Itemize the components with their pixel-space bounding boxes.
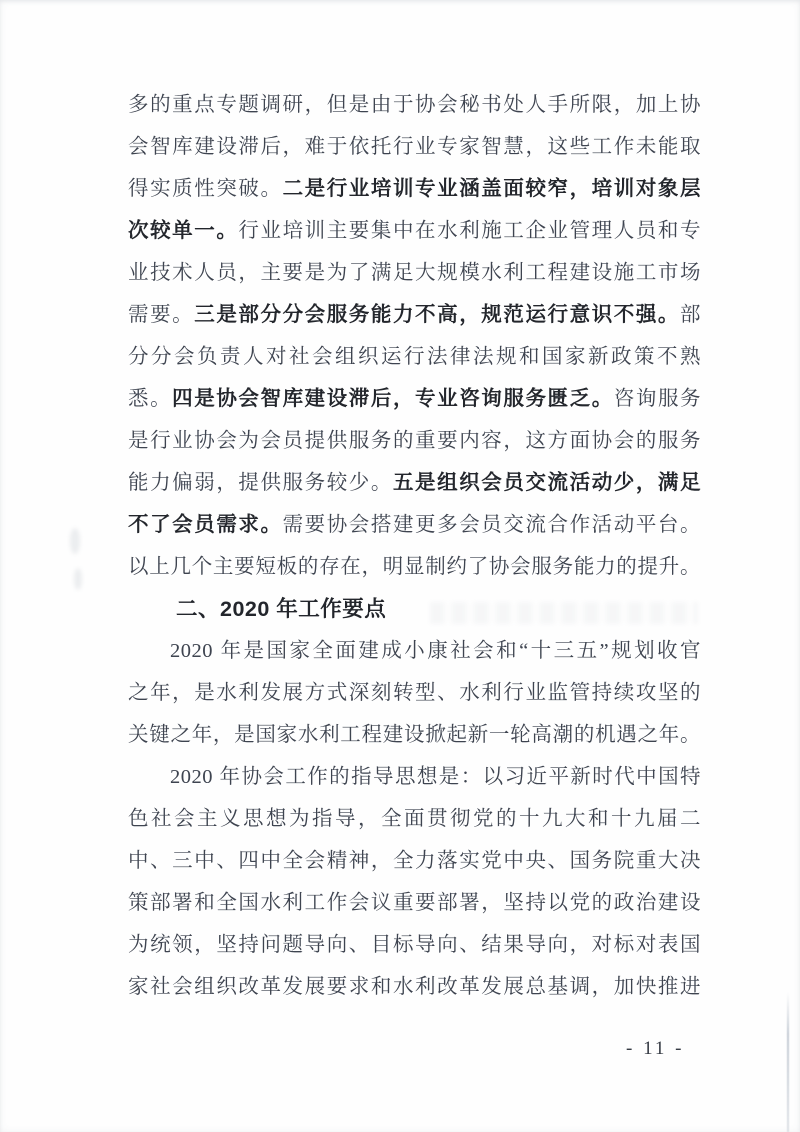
body-text: 2020 年是国家全面建成小康社会和“十三五”规划收官: [170, 640, 701, 662]
body-text: 色社会主义思想为指导，全面贯彻党的十九大和十九届二: [128, 808, 701, 830]
section-heading: 二、2020 年工作要点: [128, 588, 701, 630]
body-text: 之年，是水利发展方式深刻转型、水利行业监管持续攻坚的: [128, 682, 701, 704]
emphasis-text: 四是协会智库建设滞后，专业咨询服务匮乏。: [172, 387, 614, 410]
emphasis-text: 三是部分分会服务能力不高，规范运行意识不强。: [194, 303, 680, 326]
text-line: 能力偏弱，提供服务较少。五是组织会员交流活动少，满足: [128, 462, 701, 504]
emphasis-text: 五是组织会员交流活动少，满足: [393, 471, 701, 494]
text-line: 多的重点专题调研，但是由于协会秘书处人手所限，加上协: [128, 84, 701, 126]
text-line: 业技术人员，主要是为了满足大规模水利工程建设施工市场: [128, 252, 701, 294]
body-text: 2020 年协会工作的指导思想是：以习近平新时代中国特: [170, 766, 701, 788]
emphasis-text: 二、2020 年工作要点: [176, 597, 386, 621]
text-line: 关键之年，是国家水利工程建设掀起新一轮高潮的机遇之年。: [128, 714, 701, 756]
body-text: 需要。: [128, 304, 194, 326]
body-text: 业技术人员，主要是为了满足大规模水利工程建设施工市场: [128, 262, 701, 284]
emphasis-text: 不了会员需求。: [128, 513, 283, 536]
emphasis-text: 二是行业培训专业涵盖面较窄，培训对象层: [283, 177, 701, 200]
text-line: 2020 年是国家全面建成小康社会和“十三五”规划收官: [128, 630, 701, 672]
text-line: 为统领，坚持问题导向、目标导向、结果导向，对标对表国: [128, 924, 701, 966]
text-line: 中、三中、四中全会精神，全力落实党中央、国务院重大决: [128, 840, 701, 882]
text-line: 是行业协会为会员提供服务的重要内容，这方面协会的服务: [128, 420, 701, 462]
text-line: 色社会主义思想为指导，全面贯彻党的十九大和十九届二: [128, 798, 701, 840]
body-text: 能力偏弱，提供服务较少。: [128, 472, 393, 494]
body-text: 得实质性突破。: [128, 178, 283, 200]
text-line: 分分会负责人对社会组织运行法律法规和国家新政策不熟: [128, 336, 701, 378]
body-text: 中、三中、四中全会精神，全力落实党中央、国务院重大决: [128, 850, 701, 872]
body-text: 分分会负责人对社会组织运行法律法规和国家新政策不熟: [128, 346, 701, 368]
body-text: 家社会组织改革发展要求和水利改革发展总基调，加快推进: [128, 976, 701, 998]
text-line: 不了会员需求。需要协会搭建更多会员交流合作活动平台。: [128, 504, 701, 546]
text-block: 多的重点专题调研，但是由于协会秘书处人手所限，加上协会智库建设滞后，难于依托行业…: [128, 84, 701, 1008]
body-text: 行业培训主要集中在水利施工企业管理人员和专: [238, 220, 701, 242]
page-edge-shadow: [787, 992, 789, 1132]
scan-smudge: [74, 568, 82, 590]
body-text: 部: [680, 304, 701, 326]
document-page: 多的重点专题调研，但是由于协会秘书处人手所限，加上协会智库建设滞后，难于依托行业…: [0, 0, 800, 1132]
body-text: 是行业协会为会员提供服务的重要内容，这方面协会的服务: [128, 430, 701, 452]
page-number: - 11 -: [626, 1038, 696, 1060]
text-line: 家社会组织改革发展要求和水利改革发展总基调，加快推进: [128, 966, 701, 1008]
text-line: 得实质性突破。二是行业培训专业涵盖面较窄，培训对象层: [128, 168, 701, 210]
text-line: 策部署和全国水利工作会议重要部署，坚持以党的政治建设: [128, 882, 701, 924]
text-line: 会智库建设滞后，难于依托行业专家智慧，这些工作未能取: [128, 126, 701, 168]
body-text: 咨询服务: [614, 388, 701, 410]
body-text: 需要协会搭建更多会员交流合作活动平台。: [283, 514, 701, 536]
body-text: 多的重点专题调研，但是由于协会秘书处人手所限，加上协: [128, 94, 701, 116]
text-line: 以上几个主要短板的存在，明显制约了协会服务能力的提升。: [128, 546, 701, 588]
body-text: 策部署和全国水利工作会议重要部署，坚持以党的政治建设: [128, 892, 701, 914]
body-text: 为统领，坚持问题导向、目标导向、结果导向，对标对表国: [128, 934, 701, 956]
body-text: 关键之年，是国家水利工程建设掀起新一轮高潮的机遇之年。: [128, 724, 701, 746]
body-text: 会智库建设滞后，难于依托行业专家智慧，这些工作未能取: [128, 136, 701, 158]
text-line: 悉。四是协会智库建设滞后，专业咨询服务匮乏。咨询服务: [128, 378, 701, 420]
body-text: 悉。: [128, 388, 172, 410]
emphasis-text: 次较单一。: [128, 219, 238, 242]
text-line: 2020 年协会工作的指导思想是：以习近平新时代中国特: [128, 756, 701, 798]
scan-smudge: [70, 528, 80, 554]
text-line: 需要。三是部分分会服务能力不高，规范运行意识不强。部: [128, 294, 701, 336]
text-line: 之年，是水利发展方式深刻转型、水利行业监管持续攻坚的: [128, 672, 701, 714]
text-line: 次较单一。行业培训主要集中在水利施工企业管理人员和专: [128, 210, 701, 252]
body-text: 以上几个主要短板的存在，明显制约了协会服务能力的提升。: [128, 556, 701, 578]
